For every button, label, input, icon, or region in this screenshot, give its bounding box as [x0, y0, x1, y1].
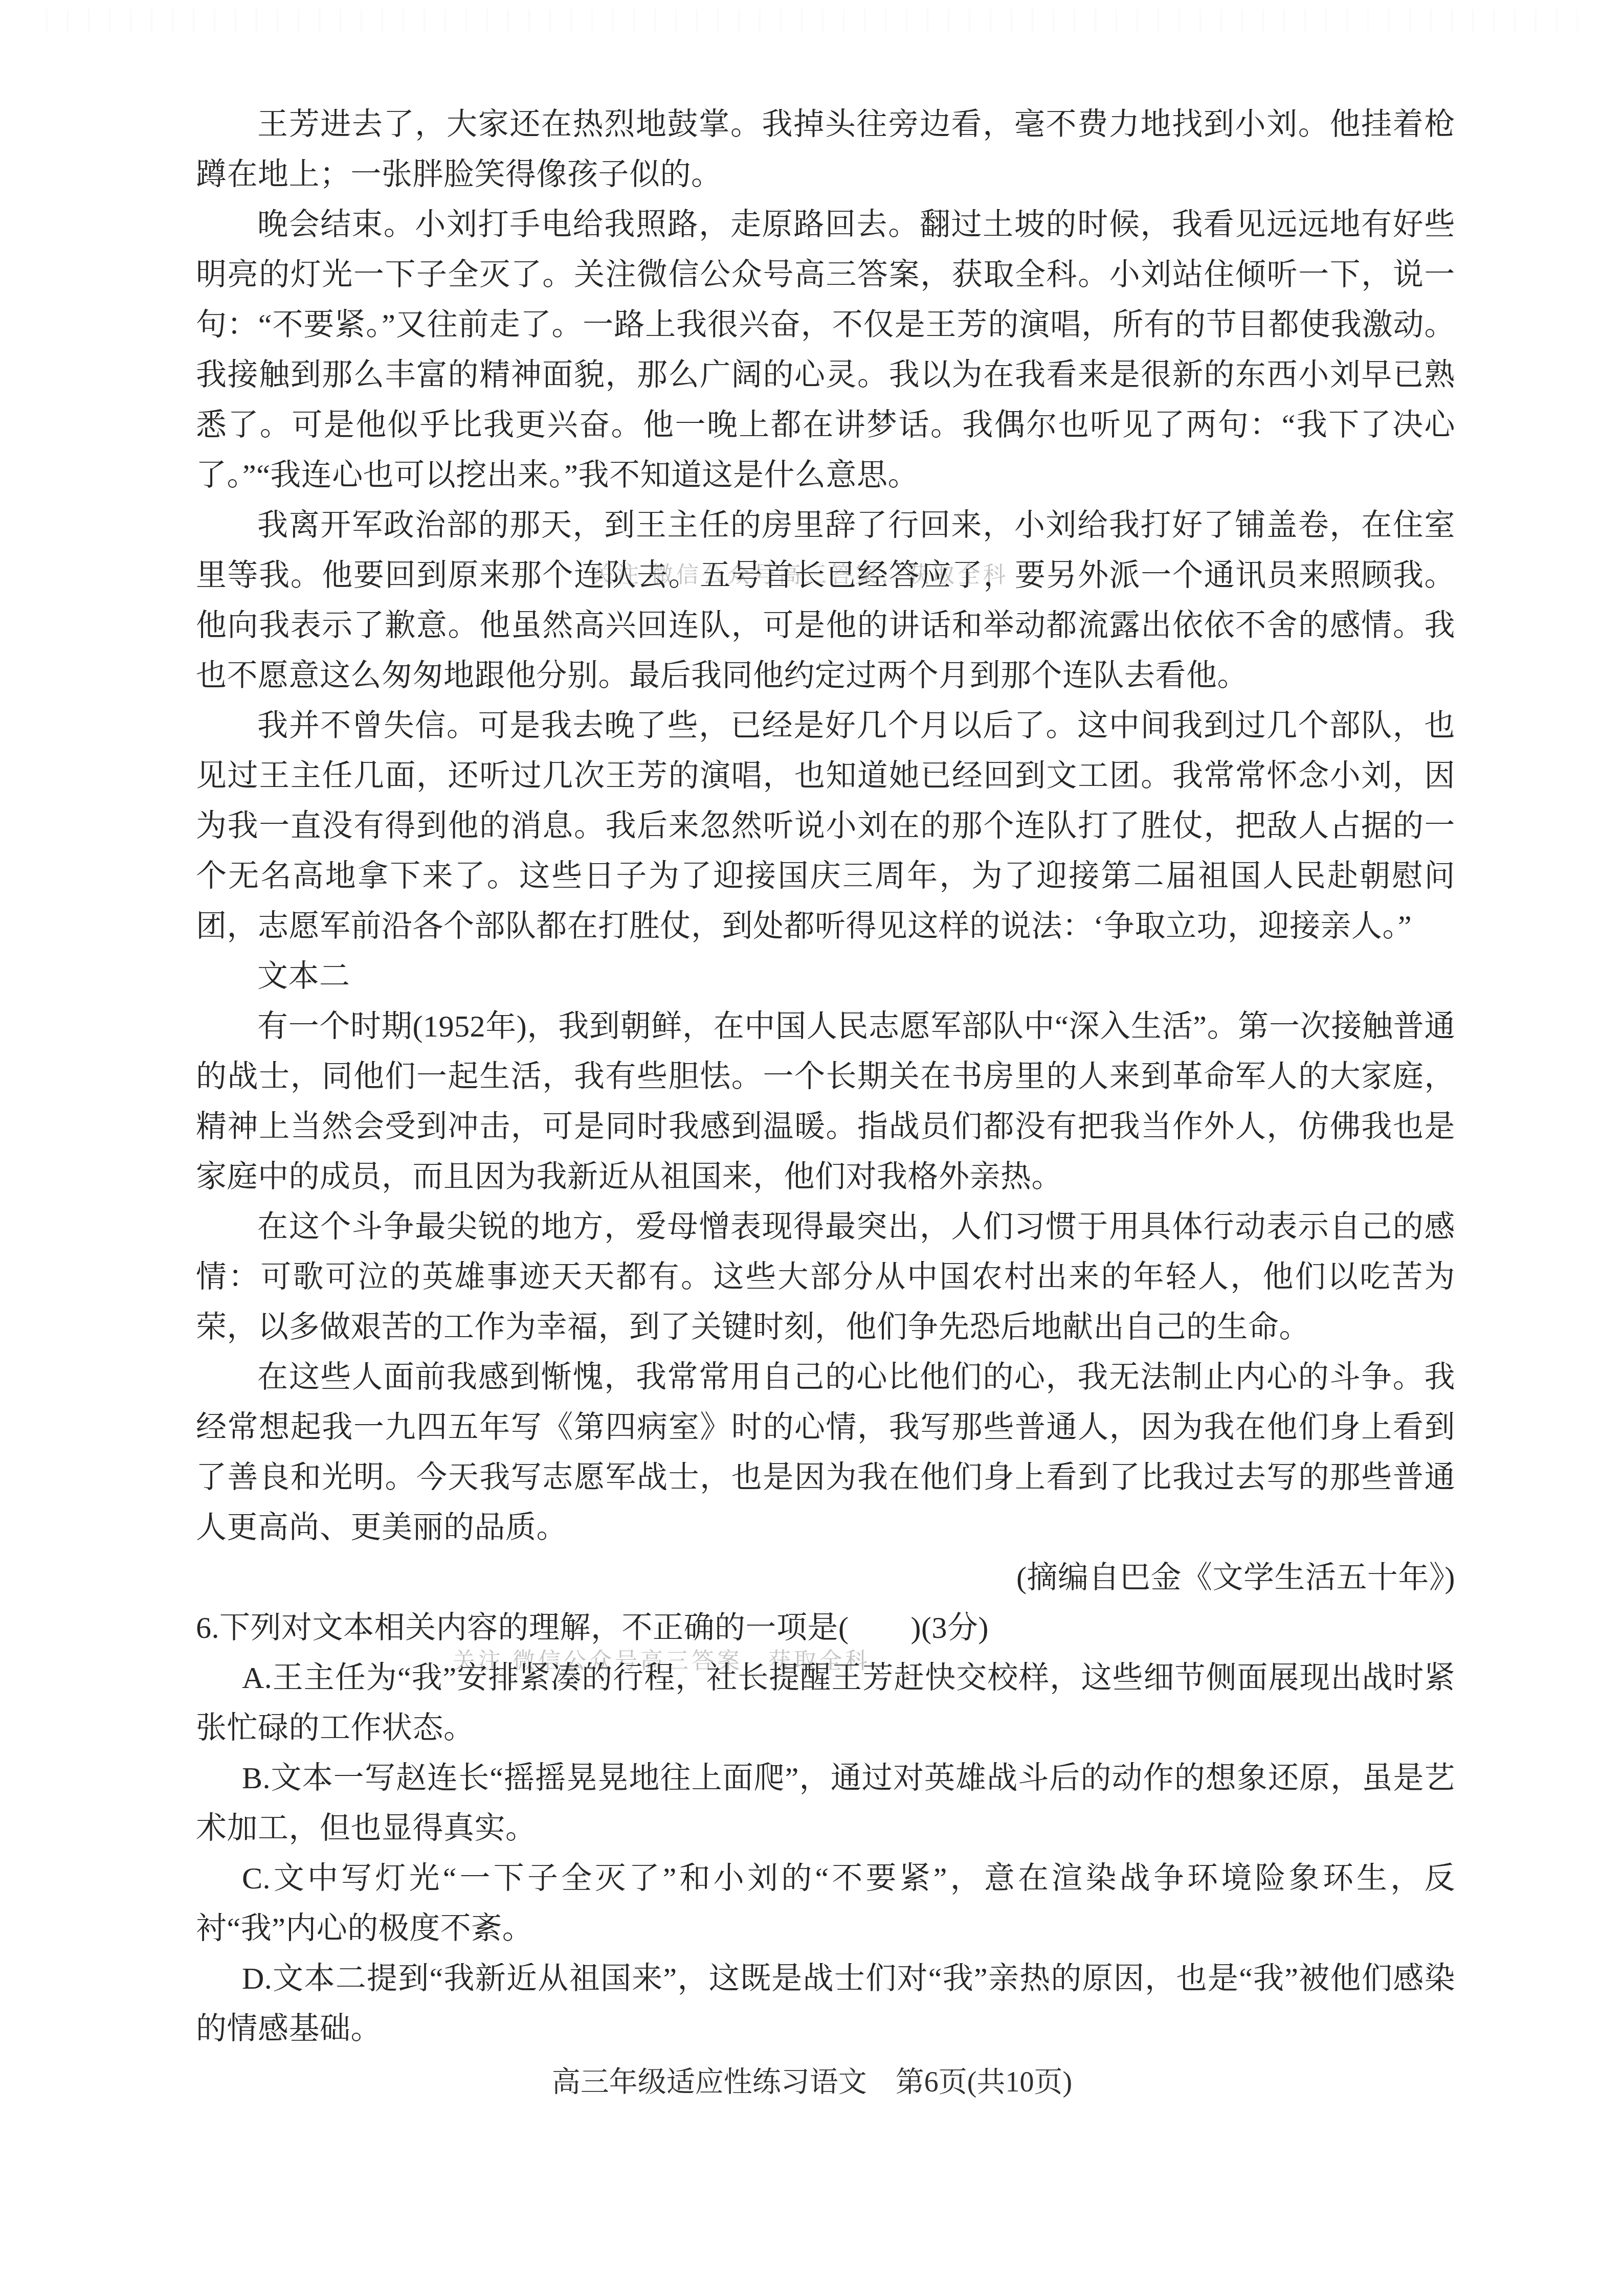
exam-paper-page: 关注 微信公众号高三答案，获取全科 关注 微信公众号高三答案，获取全科 王芳进去… — [0, 0, 1624, 2296]
page-footer: 高三年级适应性练习语文 第6页(共10页) — [0, 2062, 1624, 2103]
question-6-option-c: C.文中写灯光“一下子全灭了”和小刘的“不要紧”，意在渲染战争环境险象环生，反衬… — [196, 1853, 1455, 1953]
question-6-option-a: A.王主任为“我”安排紧凑的行程，社长提醒王芳赶快交校样，这些细节侧面展现出战时… — [196, 1653, 1455, 1753]
scan-noise-artifact — [46, 9, 1578, 33]
section-heading-text-two: 文本二 — [196, 951, 1455, 1001]
main-text-column: 王芳进去了，大家还在热烈地鼓掌。我掉头往旁边看，毫不费力地找到小刘。他挂着枪蹲在… — [196, 99, 1455, 2054]
passage-paragraph: 我并不曾失信。可是我去晚了些，已经是好几个月以后了。这中间我到过几个部队，也见过… — [196, 701, 1455, 951]
passage-paragraph: 在这个斗争最尖锐的地方，爱母憎表现得最突出，人们习惯于用具体行动表示自己的感情：… — [196, 1202, 1455, 1352]
source-citation: (摘编自巴金《文学生活五十年》) — [196, 1552, 1455, 1603]
passage-paragraph: 有一个时期(1952年)，我到朝鲜，在中国人民志愿军部队中“深入生活”。第一次接… — [196, 1001, 1455, 1202]
question-6-option-d: D.文本二提到“我新近从祖国来”，这既是战士们对“我”亲热的原因，也是“我”被他… — [196, 1953, 1455, 2054]
question-6-stem: 6.下列对文本相关内容的理解，不正确的一项是( )(3分) — [196, 1603, 1455, 1653]
passage-paragraph: 王芳进去了，大家还在热烈地鼓掌。我掉头往旁边看，毫不费力地找到小刘。他挂着枪蹲在… — [196, 99, 1455, 199]
question-6-option-b: B.文本一写赵连长“摇摇晃晃地往上面爬”，通过对英雄战斗后的动作的想象还原，虽是… — [196, 1753, 1455, 1853]
passage-paragraph: 我离开军政治部的那天，到王主任的房里辞了行回来，小刘给我打好了铺盖卷，在住室里等… — [196, 500, 1455, 701]
passage-paragraph: 在这些人面前我感到惭愧，我常常用自己的心比他们的心，我无法制止内心的斗争。我经常… — [196, 1352, 1455, 1552]
passage-paragraph: 晚会结束。小刘打手电给我照路，走原路回去。翻过土坡的时候，我看见远远地有好些明亮… — [196, 199, 1455, 500]
